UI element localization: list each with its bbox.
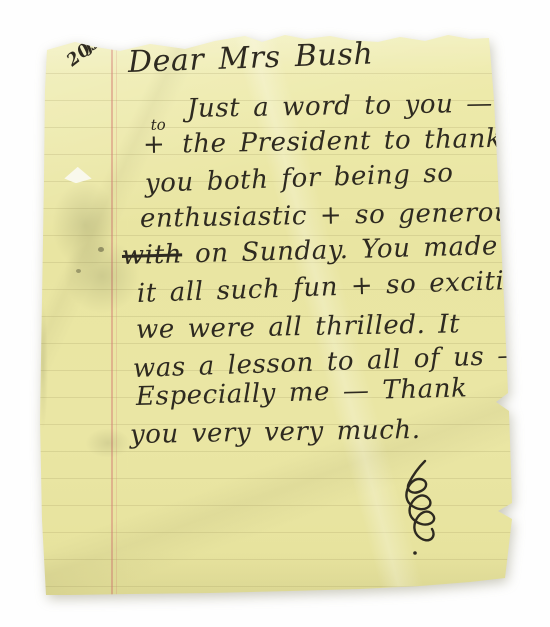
letter-photograph: JM 2050 Dear Mrs Bush Just a word to you… — [0, 0, 550, 627]
body-line-text: the President to thank — [169, 124, 502, 160]
body-line: you very very much. — [130, 416, 421, 451]
inserted-word: to — [150, 117, 165, 135]
letter-paper: JM 2050 Dear Mrs Bush Just a word to you… — [38, 33, 514, 597]
insertion-anchor: + to — [143, 131, 166, 161]
body-line: Just a word to you — — [187, 90, 493, 125]
body-line: + to the President to thank — [143, 125, 503, 161]
signature-scribble — [385, 457, 457, 562]
insertion-caret: + — [143, 130, 166, 160]
struck-word: with — [122, 239, 183, 271]
paper-shadow-wrap: JM 2050 Dear Mrs Bush Just a word to you… — [38, 33, 514, 597]
body-line: we were all thrilled. It — [136, 310, 461, 346]
